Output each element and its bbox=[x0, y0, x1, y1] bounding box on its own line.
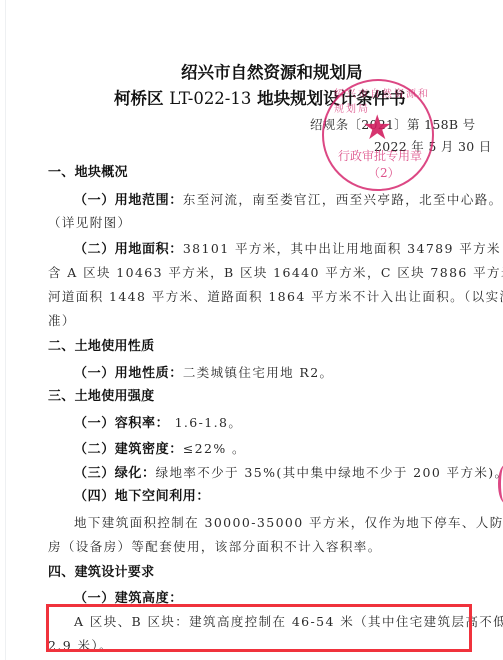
item-continuation: 含 A 区块 10463 平方米，B 区块 16440 平方米，C 区块 788… bbox=[48, 265, 503, 281]
item-text: 东至河流，南至娄官江，西至兴亭路，北至中心路。 bbox=[183, 192, 503, 207]
item-continuation: 河道面积 1448 平方米、道路面积 1864 平方米不计入出让面积。（以实测为 bbox=[48, 289, 503, 305]
section-heading-2: 二、土地使用性质 bbox=[48, 339, 154, 355]
item-label: （一）容积率： bbox=[74, 416, 169, 431]
item-label: （三）绿化： bbox=[74, 466, 156, 481]
item-continuation: 房（设备房）等配套使用，该部分面积不计入容积率。 bbox=[48, 539, 382, 555]
item-greening: （三）绿化：绿地率不少于 35%(其中集中绿地不少于 200 平方米)。 bbox=[74, 465, 503, 482]
document-number: 绍规条〔2021〕第 158B 号 bbox=[310, 117, 475, 133]
item-label: （四）地下空间利用： bbox=[74, 489, 210, 504]
item-land-range: （一）用地范围：东至河流，南至娄官江，西至兴亭路，北至中心路。 bbox=[74, 192, 503, 209]
item-plot-ratio: （一）容积率： 1.6-1.8。 bbox=[74, 415, 242, 432]
section-heading-1: 一、地块概况 bbox=[48, 165, 128, 181]
section-heading-3: 三、土地使用强度 bbox=[48, 389, 154, 405]
issuer-title: 绍兴市自然资源和规划局 bbox=[181, 63, 363, 83]
item-label: （二）用地面积： bbox=[74, 242, 183, 257]
item-text: 二类城镇住宅用地 R2。 bbox=[183, 365, 334, 380]
page-edge-line bbox=[5, 0, 6, 660]
item-continuation: 地下建筑面积控制在 30000-35000 平方米，仅作为地下停车、人防、机 bbox=[74, 515, 503, 531]
item-continuation: 准） bbox=[48, 313, 76, 329]
seal-number: （2） bbox=[368, 164, 400, 181]
document-date: 2022 年 5 月 30 日 bbox=[374, 139, 492, 155]
item-land-nature: （一）用地性质：二类城镇住宅用地 R2。 bbox=[74, 365, 333, 382]
title-code: LT-022-13 bbox=[169, 89, 251, 108]
highlight-box bbox=[46, 604, 472, 652]
item-building-density: （二）建筑密度：≤22% 。 bbox=[74, 441, 246, 458]
item-continuation: （详见附图） bbox=[48, 215, 131, 231]
title-prefix: 柯桥区 bbox=[114, 89, 164, 108]
item-land-area: （二）用地面积：38101 平方米，其中出让用地面积 34789 平方米（包 bbox=[74, 241, 503, 258]
item-text: 1.6-1.8。 bbox=[169, 415, 242, 430]
title-suffix: 地块规划设计条件书 bbox=[257, 89, 406, 108]
item-label: （一）用地范围： bbox=[74, 193, 183, 208]
document-title: 柯桥区 LT-022-13 地块规划设计条件书 bbox=[114, 89, 406, 109]
item-text: ≤22% 。 bbox=[183, 441, 246, 456]
section-heading-4: 四、建筑设计要求 bbox=[48, 565, 154, 581]
item-text: 绿地率不少于 35%(其中集中绿地不少于 200 平方米)。 bbox=[156, 465, 503, 480]
item-text: 38101 平方米，其中出让用地面积 34789 平方米（包 bbox=[183, 241, 503, 256]
item-label: （二）建筑密度： bbox=[74, 442, 183, 457]
item-label: （一）用地性质： bbox=[74, 366, 183, 381]
item-underground-space: （四）地下空间利用： bbox=[74, 489, 210, 505]
